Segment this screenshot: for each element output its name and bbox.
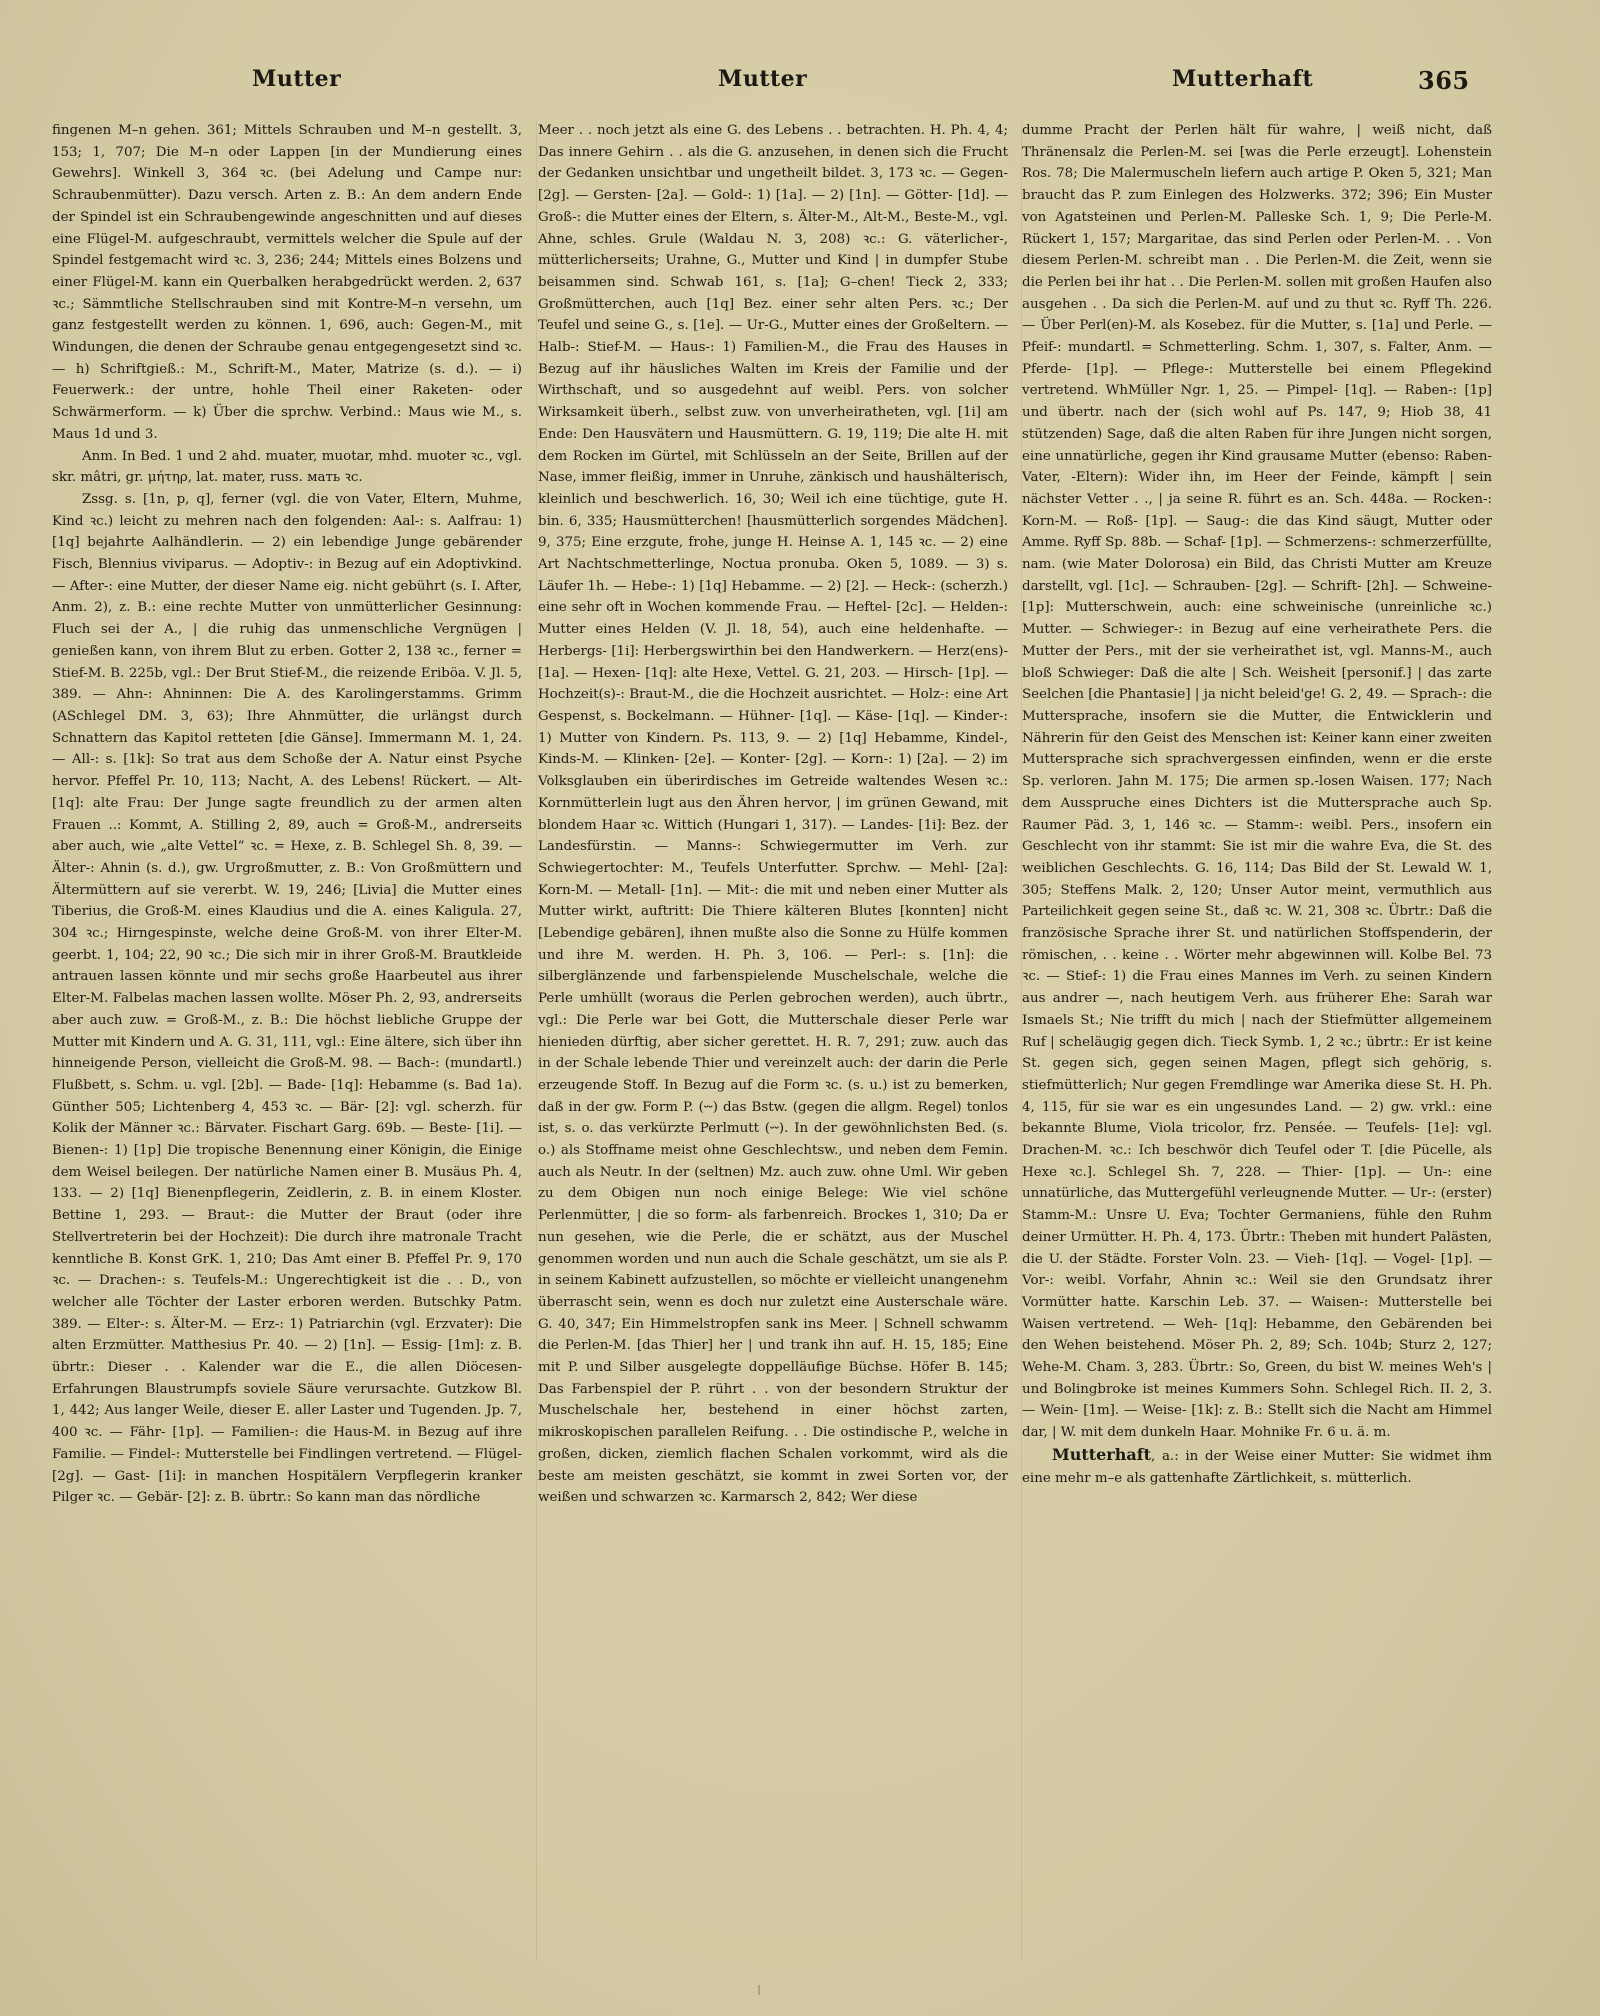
page-number: 365 — [1418, 66, 1470, 95]
print-mark — [758, 1985, 760, 1995]
running-head-right: Mutterhaft — [1172, 66, 1313, 92]
paragraph: Meer . . noch jetzt als eine G. des Lebe… — [538, 120, 1008, 1509]
entry-mutterhaft: Mutterhaft, a.: in der Weise einer Mutte… — [1022, 1444, 1492, 1489]
paragraph: fingenen M–n gehen. 361; Mittels Schraub… — [52, 120, 522, 446]
running-head-middle: Mutter — [718, 66, 807, 92]
running-head: Mutter Mutter Mutterhaft 365 — [0, 66, 1600, 106]
column-2: Meer . . noch jetzt als eine G. des Lebe… — [538, 120, 1008, 1980]
dictionary-page: Mutter Mutter Mutterhaft 365 fingenen M–… — [0, 0, 1600, 2016]
running-head-left: Mutter — [252, 66, 341, 92]
paragraph: dumme Pracht der Perlen hält für wahre, … — [1022, 120, 1492, 1444]
paragraph-anmerkung: Anm. In Bed. 1 und 2 ahd. muater, muotar… — [52, 446, 522, 489]
text-columns: fingenen M–n gehen. 361; Mittels Schraub… — [52, 120, 1492, 1990]
paragraph-compounds: Zssg. s. [1n, p, q], ferner (vgl. die vo… — [52, 489, 522, 1509]
entry-headword: Mutterhaft — [1052, 1445, 1151, 1464]
column-1: fingenen M–n gehen. 361; Mittels Schraub… — [52, 120, 522, 1980]
column-3: dumme Pracht der Perlen hält für wahre, … — [1022, 120, 1492, 1980]
